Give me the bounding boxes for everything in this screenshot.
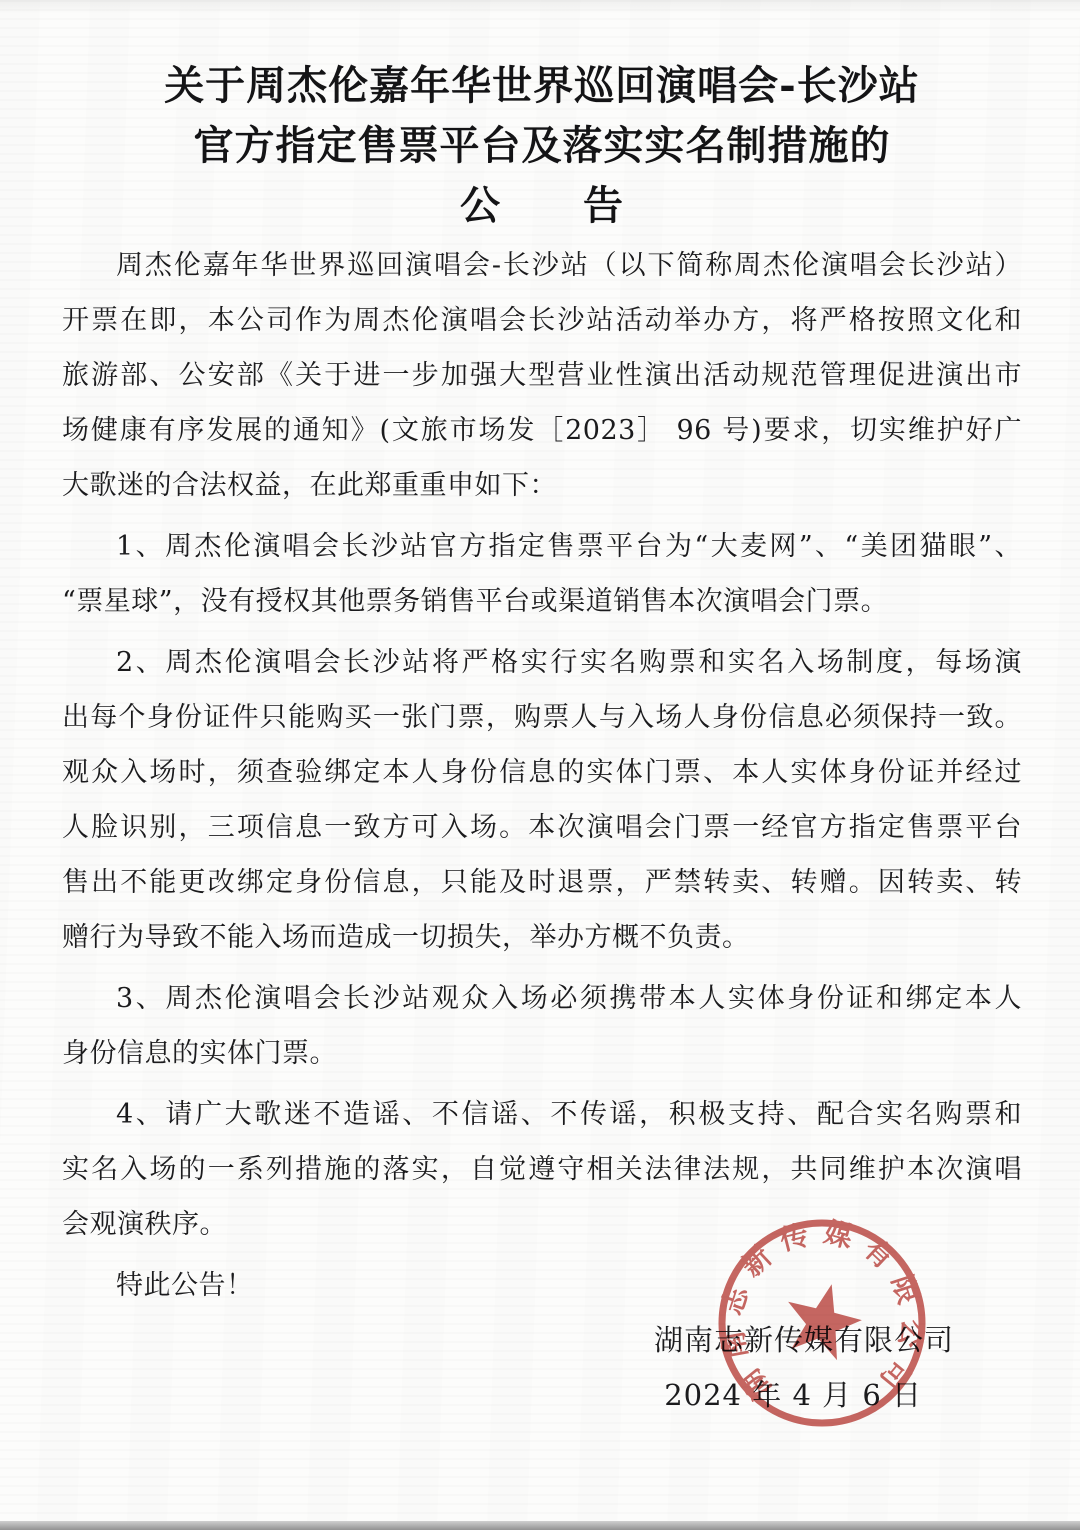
paragraph-item-4: 4、请广大歌迷不造谣、不信谣、不传谣，积极支持、配合实名购票和实名入场的一系列措… <box>62 1087 1022 1252</box>
text-line: 身份信息的实体门票。 <box>62 1026 1022 1081</box>
text-line: 1、周杰伦演唱会长沙站官方指定售票平台为“大麦网”、“美团猫眼”、 <box>62 519 1022 574</box>
text-line: 2、周杰伦演唱会长沙站将严格实行实名购票和实名入场制度，每场演 <box>62 635 1022 690</box>
text-line: 周杰伦嘉年华世界巡回演唱会-长沙站（以下简称周杰伦演唱会长沙站） <box>62 238 1022 293</box>
paragraph-closing: 特此公告！ <box>62 1258 1022 1313</box>
text-line: 人脸识别，三项信息一致方可入场。本次演唱会门票一经官方指定售票平台 <box>62 800 1022 855</box>
text-line: 大歌迷的合法权益，在此郑重重申如下： <box>62 458 1022 513</box>
title-line-2: 官方指定售票平台及落实实名制措施的 <box>62 116 1022 176</box>
text-line: 特此公告！ <box>62 1258 1022 1313</box>
text-line: 实名入场的一系列措施的落实，自觉遵守相关法律法规，共同维护本次演唱 <box>62 1142 1022 1197</box>
scan-edge-bar <box>0 1521 1080 1530</box>
text-line: 赠行为导致不能入场而造成一切损失，举办方概不负责。 <box>62 910 1022 965</box>
signature-date: 2024 年 4 月 6 日 <box>62 1368 1022 1423</box>
text-line: 观众入场时，须查验绑定本人身份信息的实体门票、本人实体身份证并经过 <box>62 745 1022 800</box>
text-line: 旅游部、公安部《关于进一步加强大型营业性演出活动规范管理促进演出市 <box>62 348 1022 403</box>
paragraph-item-1: 1、周杰伦演唱会长沙站官方指定售票平台为“大麦网”、“美团猫眼”、“票星球”，没… <box>62 519 1022 629</box>
title-line-3: 公 告 <box>62 176 1022 236</box>
text-line: “票星球”，没有授权其他票务销售平台或渠道销售本次演唱会门票。 <box>62 574 1022 629</box>
signature-company: 湖南志新传媒有限公司 <box>62 1313 1022 1368</box>
document-page: 关于周杰伦嘉年华世界巡回演唱会-长沙站 官方指定售票平台及落实实名制措施的 公 … <box>0 0 1080 1530</box>
paragraph-intro: 周杰伦嘉年华世界巡回演唱会-长沙站（以下简称周杰伦演唱会长沙站）开票在即，本公司… <box>62 238 1022 513</box>
title-line-1: 关于周杰伦嘉年华世界巡回演唱会-长沙站 <box>62 56 1022 116</box>
text-line: 会观演秩序。 <box>62 1197 1022 1252</box>
text-line: 场健康有序发展的通知》(文旅市场发［2023］ 96 号)要求，切实维护好广 <box>62 403 1022 458</box>
signature-block: 湖南志新传媒有限公司 2024 年 4 月 6 日 <box>62 1313 1022 1423</box>
text-line: 出每个身份证件只能购买一张门票，购票人与入场人身份信息必须保持一致。 <box>62 690 1022 745</box>
document-title: 关于周杰伦嘉年华世界巡回演唱会-长沙站 官方指定售票平台及落实实名制措施的 公 … <box>62 56 1022 236</box>
text-line: 3、周杰伦演唱会长沙站观众入场必须携带本人实体身份证和绑定本人 <box>62 971 1022 1026</box>
text-line: 4、请广大歌迷不造谣、不信谣、不传谣，积极支持、配合实名购票和 <box>62 1087 1022 1142</box>
text-line: 售出不能更改绑定身份信息，只能及时退票，严禁转卖、转赠。因转卖、转 <box>62 855 1022 910</box>
paragraph-item-2: 2、周杰伦演唱会长沙站将严格实行实名购票和实名入场制度，每场演出每个身份证件只能… <box>62 635 1022 965</box>
announcement-document: 关于周杰伦嘉年华世界巡回演唱会-长沙站 官方指定售票平台及落实实名制措施的 公 … <box>0 0 1080 1423</box>
text-line: 开票在即，本公司作为周杰伦演唱会长沙站活动举办方，将严格按照文化和 <box>62 293 1022 348</box>
paragraph-item-3: 3、周杰伦演唱会长沙站观众入场必须携带本人实体身份证和绑定本人身份信息的实体门票… <box>62 971 1022 1081</box>
document-body: 周杰伦嘉年华世界巡回演唱会-长沙站（以下简称周杰伦演唱会长沙站）开票在即，本公司… <box>62 238 1022 1313</box>
